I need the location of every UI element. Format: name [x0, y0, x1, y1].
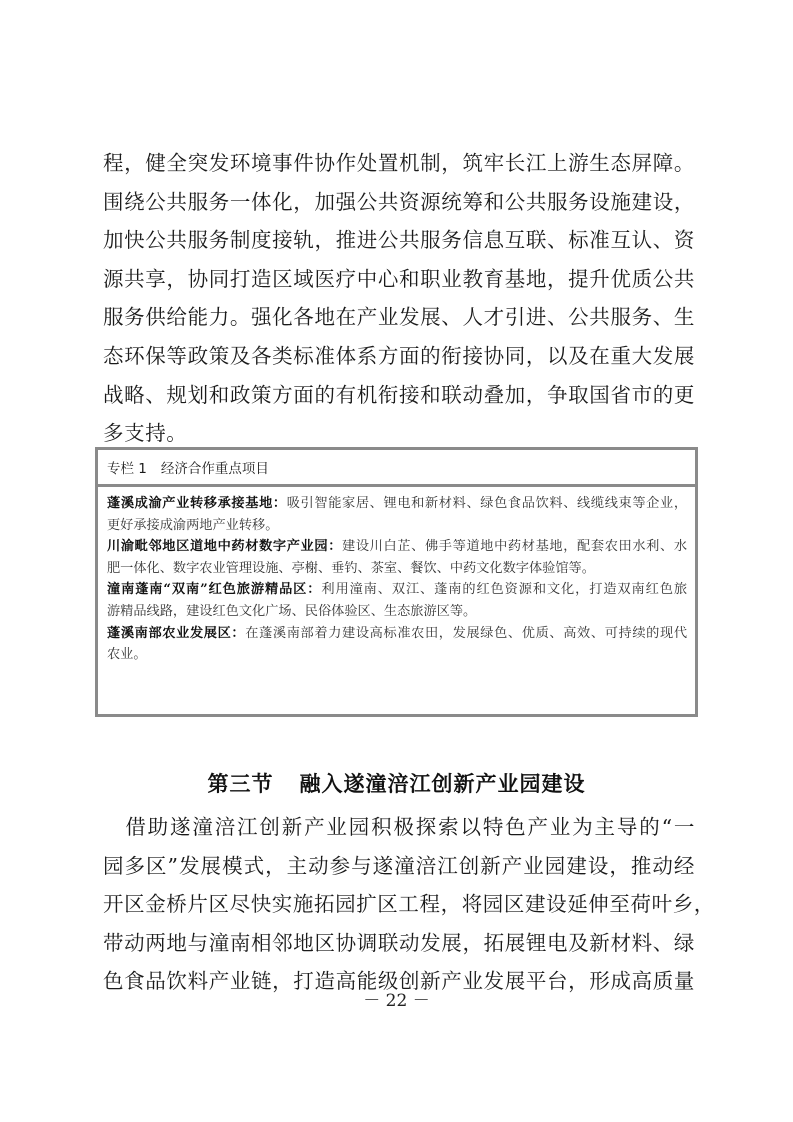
paragraph-innovation-park: 借助遂潼涪江创新产业园积极探索以特色产业为主导的“一 园多区”发展模式，主动参与…	[103, 808, 695, 1001]
callout-item-line: 更好承接成渝两地产业转移。	[107, 515, 687, 537]
callout-item: 蓬溪南部农业发展区：在蓬溪南部着力建设高标准农田，发展绿色、优质、高效、可持续的…	[107, 623, 687, 666]
callout-item-line: 潼南蓬南“双南”红色旅游精品区：利用潼南、双江、蓬南的红色资源和文化，打造双南红…	[107, 579, 687, 601]
section-heading: 第三节融入遂潼涪江创新产业园建设	[0, 768, 793, 798]
text-line: 围绕公共服务一体化，加强公共资源统筹和公共服务设施建设，	[103, 183, 695, 222]
callout-item-name: 潼南蓬南“双南”红色旅游精品区：	[107, 582, 321, 597]
callout-item-name: 川渝毗邻地区道地中药材数字产业园：	[107, 539, 342, 554]
callout-item-line: 川渝毗邻地区道地中药材数字产业园：建设川白芷、佛手等道地中药材基地，配套农田水利…	[107, 536, 687, 558]
callout-number: 专栏 1	[107, 457, 147, 477]
callout-item-text: 利用潼南、双江、蓬南的红色资源和文化，打造双南红色旅	[321, 582, 687, 597]
text-line: 源共享，协同打造区域医疗中心和职业教育基地，提升优质公共	[103, 260, 695, 299]
section-number: 第三节	[208, 771, 274, 796]
callout-item-text: 在蓬溪南部着力建设高标准农田，发展绿色、优质、高效、可持续的现代	[245, 626, 687, 641]
callout-item-text: 吸引智能家居、锂电和新材料、绿色食品饮料、线缆线束等企业，	[287, 496, 687, 511]
section-title: 融入遂潼涪江创新产业园建设	[300, 771, 586, 796]
text-line: 战略、规划和政策方面的有机衔接和联动叠加，争取国省市的更	[103, 376, 695, 415]
text-line: 带动两地与潼南相邻地区协调联动发展，拓展锂电及新材料、绿	[103, 924, 695, 963]
page-number: － 22 －	[0, 986, 793, 1011]
callout-item-line: 蓬溪成渝产业转移承接基地：吸引智能家居、锂电和新材料、绿色食品饮料、线缆线束等企…	[107, 493, 687, 515]
callout-item: 川渝毗邻地区道地中药材数字产业园：建设川白芷、佛手等道地中药材基地，配套农田水利…	[107, 536, 687, 579]
callout-item-name: 蓬溪南部农业发展区：	[107, 626, 245, 641]
callout-item-line: 肥一体化、数字农业管理设施、亭榭、垂钓、茶室、餐饮、中药文化数字体验馆等。	[107, 558, 687, 580]
callout-item-text: 建设川白芷、佛手等道地中药材基地，配套农田水利、水	[342, 539, 687, 554]
callout-box-key-projects: 专栏 1 经济合作重点项目 蓬溪成渝产业转移承接基地：吸引智能家居、锂电和新材料…	[95, 447, 698, 717]
callout-item-name: 蓬溪成渝产业转移承接基地：	[107, 496, 287, 511]
callout-item-line: 蓬溪南部农业发展区：在蓬溪南部着力建设高标准农田，发展绿色、优质、高效、可持续的…	[107, 623, 687, 645]
text-line: 借助遂潼涪江创新产业园积极探索以特色产业为主导的“一	[103, 808, 695, 847]
callout-header: 专栏 1 经济合作重点项目	[98, 450, 695, 487]
text-line: 服务供给能力。强化各地在产业发展、人才引进、公共服务、生	[103, 298, 695, 337]
callout-item: 蓬溪成渝产业转移承接基地：吸引智能家居、锂电和新材料、绿色食品饮料、线缆线束等企…	[107, 493, 687, 536]
callout-body: 蓬溪成渝产业转移承接基地：吸引智能家居、锂电和新材料、绿色食品饮料、线缆线束等企…	[98, 487, 695, 666]
callout-item-line: 游精品线路，建设红色文化广场、民俗体验区、生态旅游区等。	[107, 601, 687, 623]
callout-item: 潼南蓬南“双南”红色旅游精品区：利用潼南、双江、蓬南的红色资源和文化，打造双南红…	[107, 579, 687, 622]
text-line: 态环保等政策及各类标准体系方面的衔接协同，以及在重大发展	[103, 337, 695, 376]
text-line: 园多区”发展模式，主动参与遂潼涪江创新产业园建设，推动经	[103, 847, 695, 886]
callout-title: 经济合作重点项目	[161, 457, 269, 477]
text-line: 开区金桥片区尽快实施拓园扩区工程，将园区建设延伸至荷叶乡，	[103, 885, 695, 924]
callout-item-line: 农业。	[107, 644, 687, 666]
text-line: 程，健全突发环境事件协作处置机制，筑牢长江上游生态屏障。	[103, 144, 695, 183]
text-line: 加快公共服务制度接轨，推进公共服务信息互联、标准互认、资	[103, 221, 695, 260]
paragraph-public-services: 程，健全突发环境事件协作处置机制，筑牢长江上游生态屏障。 围绕公共服务一体化，加…	[103, 144, 695, 453]
document-page: 程，健全突发环境事件协作处置机制，筑牢长江上游生态屏障。 围绕公共服务一体化，加…	[0, 0, 793, 1122]
